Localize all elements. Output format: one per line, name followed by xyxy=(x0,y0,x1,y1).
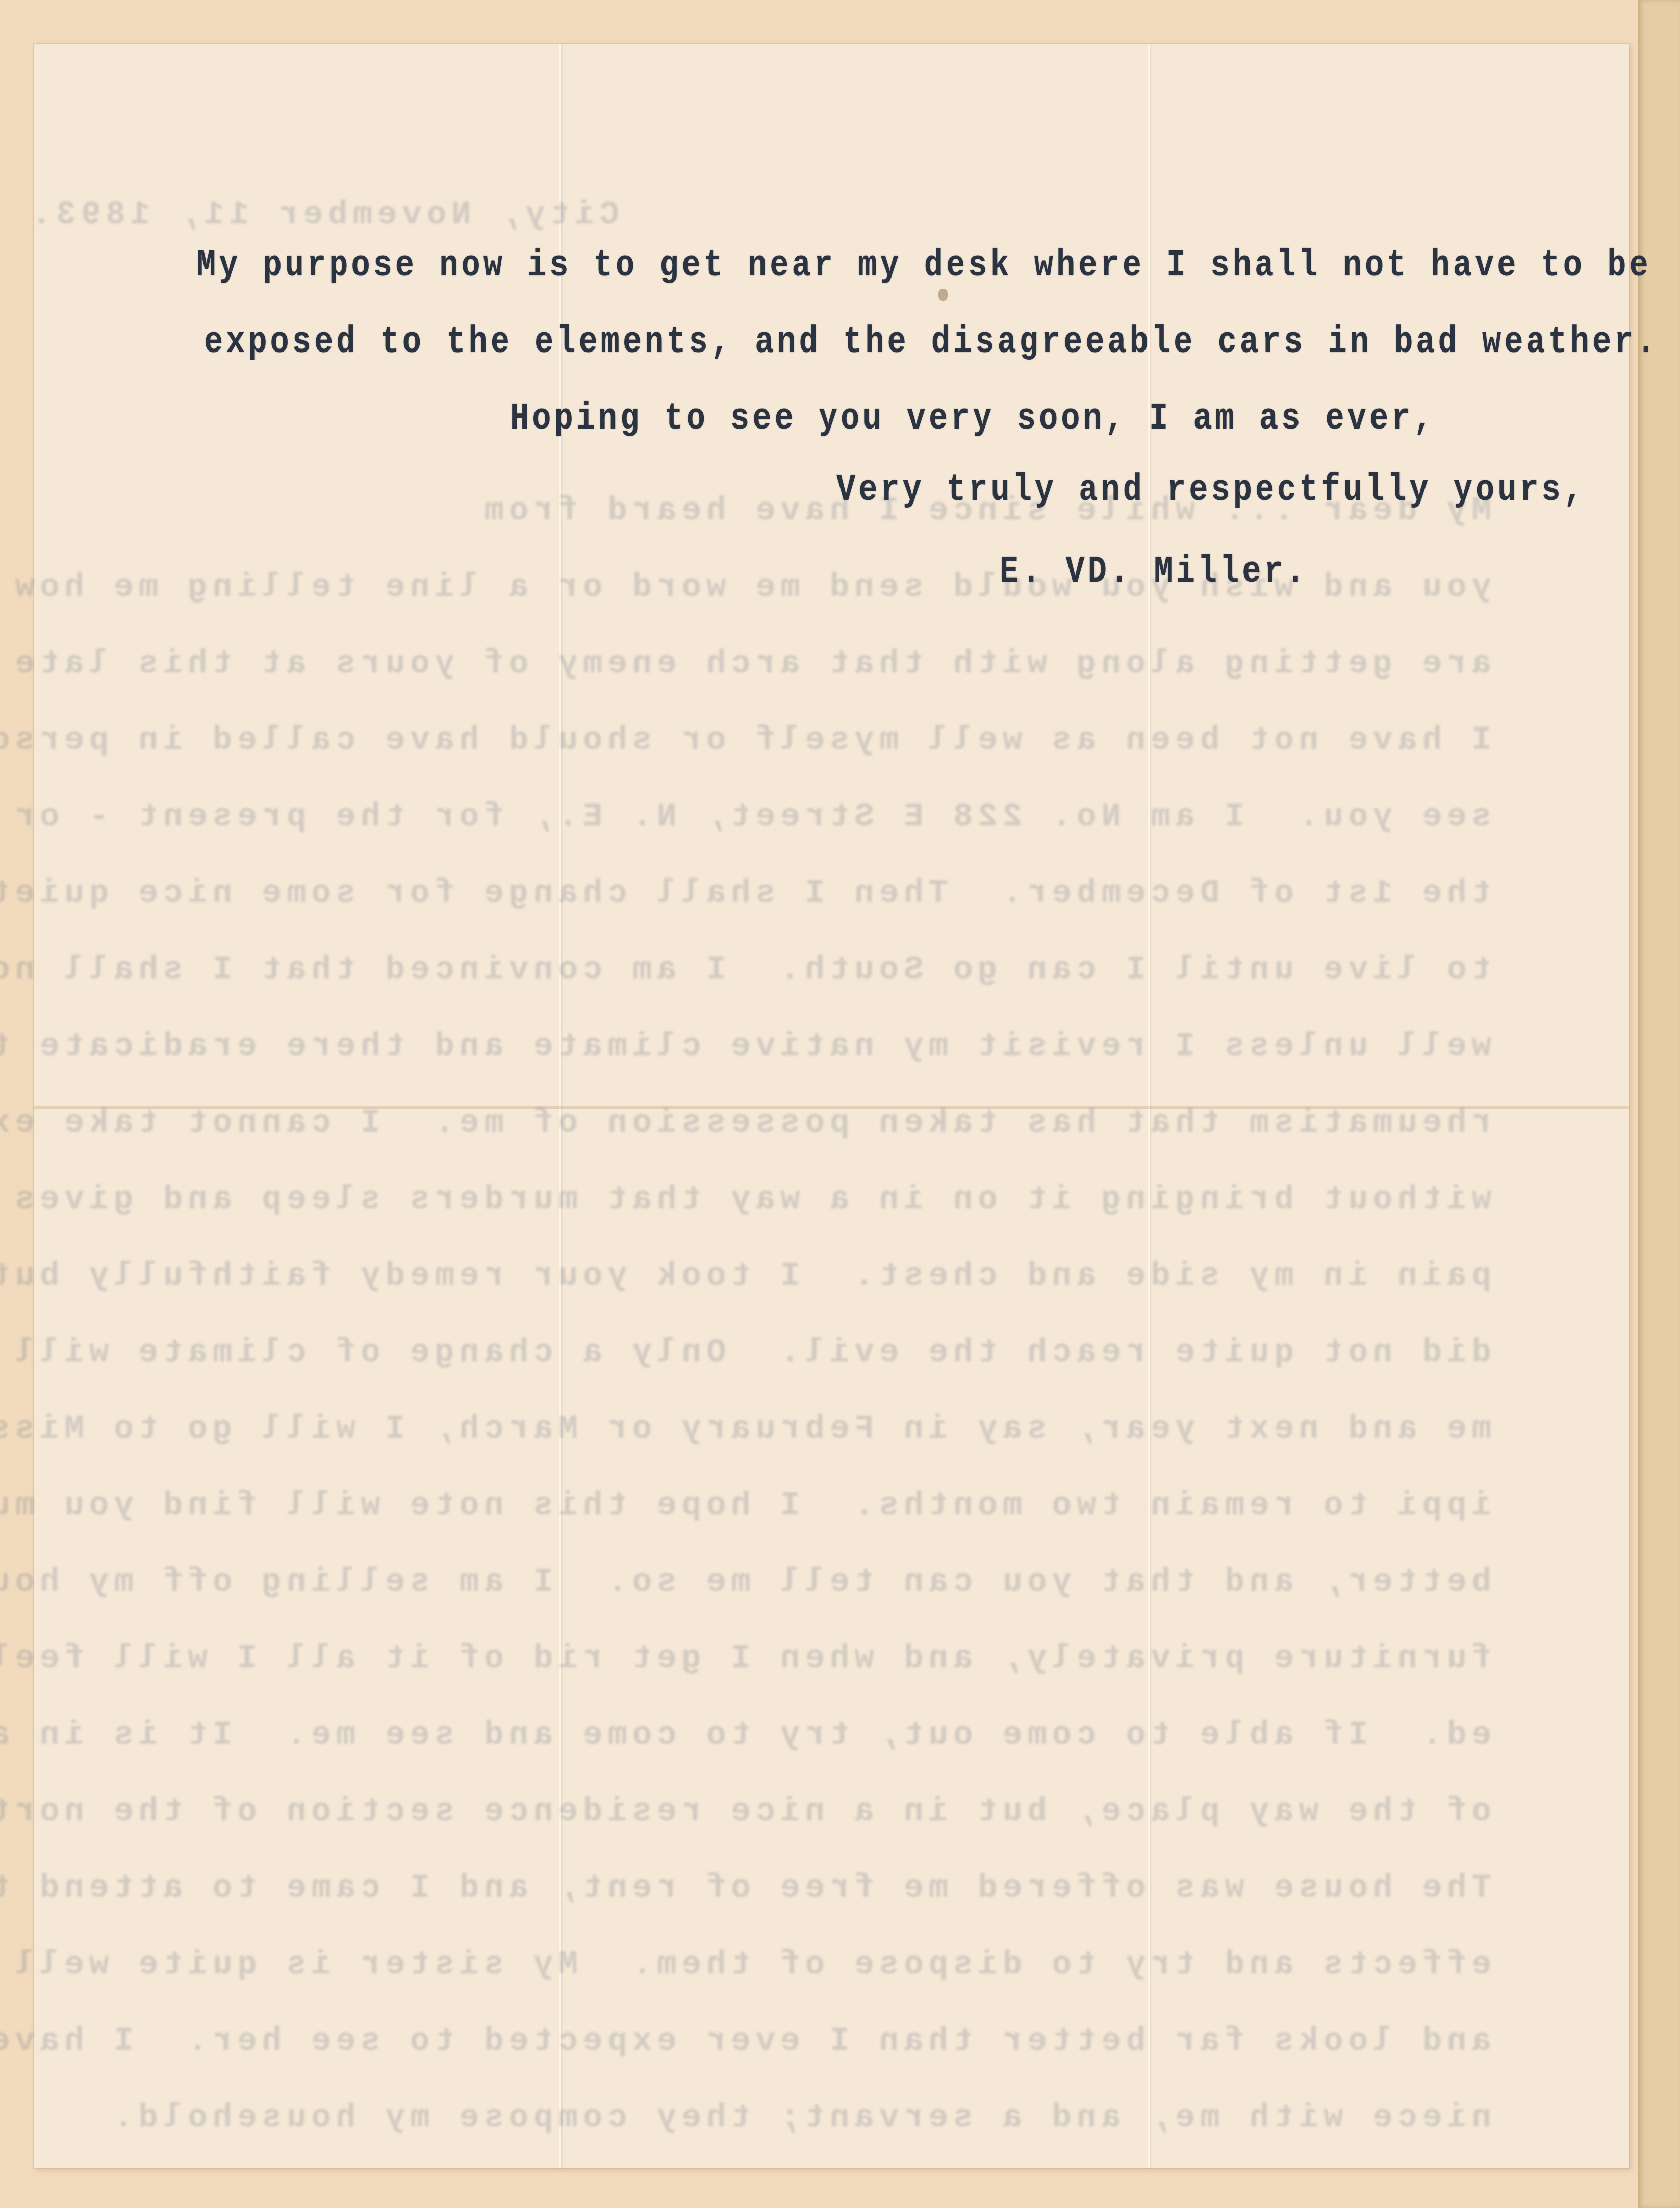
bleed-line: did not quite reach the evil. Only a cha… xyxy=(0,1335,1491,1371)
bleed-line: see you. I am No. 228 E Street, N. E., f… xyxy=(0,799,1491,836)
letter-page: City, November 11, 1893. My dear ... whi… xyxy=(34,44,1629,2168)
bleed-line: better, and that you can tell me so. I a… xyxy=(0,1564,1491,1601)
bleed-line: are getting along with that arch enemy o… xyxy=(0,646,1491,683)
bleed-line: I have not been as well myself or should… xyxy=(0,722,1491,759)
bleed-line: effects and try to dispose of them. My s… xyxy=(0,1947,1491,1984)
bleed-line: of the way place, but in a nice residenc… xyxy=(0,1794,1491,1830)
bleed-line: ippi to remain two months. I hope this n… xyxy=(0,1488,1491,1524)
valediction: Very truly and respectfully yours, xyxy=(836,468,1586,512)
bleed-line: pain in my side and chest. I took your r… xyxy=(0,1258,1491,1295)
bleed-line: ed. If able to come out, try to come and… xyxy=(0,1717,1491,1754)
bleed-line: niece with me, and a servant; they compo… xyxy=(109,2100,1491,2137)
body-line-1: My purpose now is to get near my desk wh… xyxy=(197,244,1651,287)
body-line-2: exposed to the elements, and the disagre… xyxy=(204,320,1659,364)
bleed-line: rheumatism that has taken possession of … xyxy=(0,1105,1491,1142)
signature: E. VD. Miller. xyxy=(1000,550,1308,593)
bleed-line: without bringing it on in a way that mur… xyxy=(0,1182,1491,1218)
closing-line: Hoping to see you very soon, I am as eve… xyxy=(510,397,1436,440)
bleed-line: and looks far better than I ever expecte… xyxy=(0,2023,1491,2060)
bleed-line: me and next year, say in February or Mar… xyxy=(0,1411,1491,1448)
bleed-line: well unless I revisit my native climate … xyxy=(0,1028,1491,1065)
bleed-line: the 1st of December. Then I shall change… xyxy=(0,875,1491,912)
bleed-line: The house was offered me free of rent, a… xyxy=(0,1870,1491,1907)
bleed-line: City, November 11, 1893. xyxy=(27,197,619,234)
ink-blot xyxy=(938,289,948,301)
bleed-line: furniture privately, and when I get rid … xyxy=(0,1641,1491,1677)
bleed-line: to live until I can go South. I am convi… xyxy=(0,952,1491,989)
